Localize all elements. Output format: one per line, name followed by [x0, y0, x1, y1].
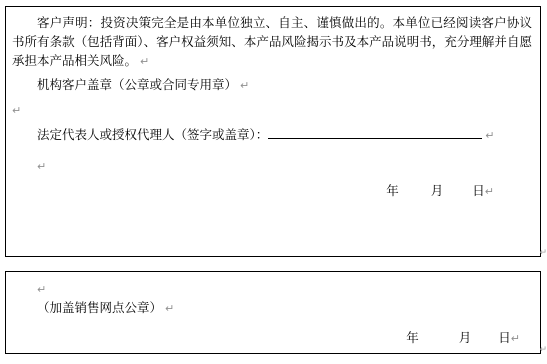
paragraph-mark: ↵ — [485, 129, 494, 142]
sales-outlet-stamp-box: ↵ （加盖销售网点公章）↵ 年月日↵ — [5, 271, 541, 354]
paragraph-mark: ↵ — [37, 160, 46, 173]
document-page: { "page": { "background": "#ffffff", "bo… — [0, 0, 547, 364]
customer-declaration-paragraph: 客户声明：投资决策完全是由本单位独立、自主、谨慎做出的。本单位已经阅读客户协议书… — [12, 14, 532, 71]
date-line: 年月日↵ — [12, 329, 532, 348]
table-row-end-mark: ↵ — [539, 248, 547, 258]
sales-outlet-stamp-label: （加盖销售网点公章） — [37, 301, 162, 315]
signature-line[interactable] — [268, 126, 482, 139]
month-label: 月 — [459, 331, 472, 345]
date-line: 年月日↵ — [12, 182, 532, 201]
paragraph-mark: ↵ — [511, 332, 520, 345]
empty-paragraph: ↵ — [12, 280, 532, 299]
empty-paragraph: ↵ — [12, 101, 532, 120]
paragraph-mark: ↵ — [485, 185, 494, 198]
paragraph-mark: ↵ — [37, 283, 46, 296]
legal-representative-line: 法定代表人或授权代理人（签字或盖章）：↵ — [12, 126, 532, 145]
sales-outlet-stamp-line: （加盖销售网点公章）↵ — [12, 299, 532, 318]
day-label: 日 — [472, 184, 485, 198]
customer-declaration-box: 客户声明：投资决策完全是由本单位独立、自主、谨慎做出的。本单位已经阅读客户协议书… — [5, 6, 541, 257]
institution-stamp-label: 机构客户盖章（公章或合同专用章） — [37, 78, 237, 92]
year-label: 年 — [406, 331, 419, 345]
paragraph-mark: ↵ — [12, 104, 21, 117]
declaration-text: 客户声明：投资决策完全是由本单位独立、自主、谨慎做出的。本单位已经阅读客户协议书… — [12, 16, 532, 68]
empty-paragraph: ↵ — [12, 157, 532, 176]
paragraph-mark: ↵ — [140, 55, 149, 68]
day-label: 日 — [498, 331, 511, 345]
institution-stamp-line: 机构客户盖章（公章或合同专用章）↵ — [12, 76, 532, 95]
legal-representative-label: 法定代表人或授权代理人（签字或盖章）： — [37, 128, 268, 142]
year-label: 年 — [386, 184, 399, 198]
table-row-end-mark: ↵ — [539, 345, 547, 355]
month-label: 月 — [431, 184, 444, 198]
paragraph-mark: ↵ — [240, 79, 249, 92]
paragraph-mark: ↵ — [165, 302, 174, 315]
